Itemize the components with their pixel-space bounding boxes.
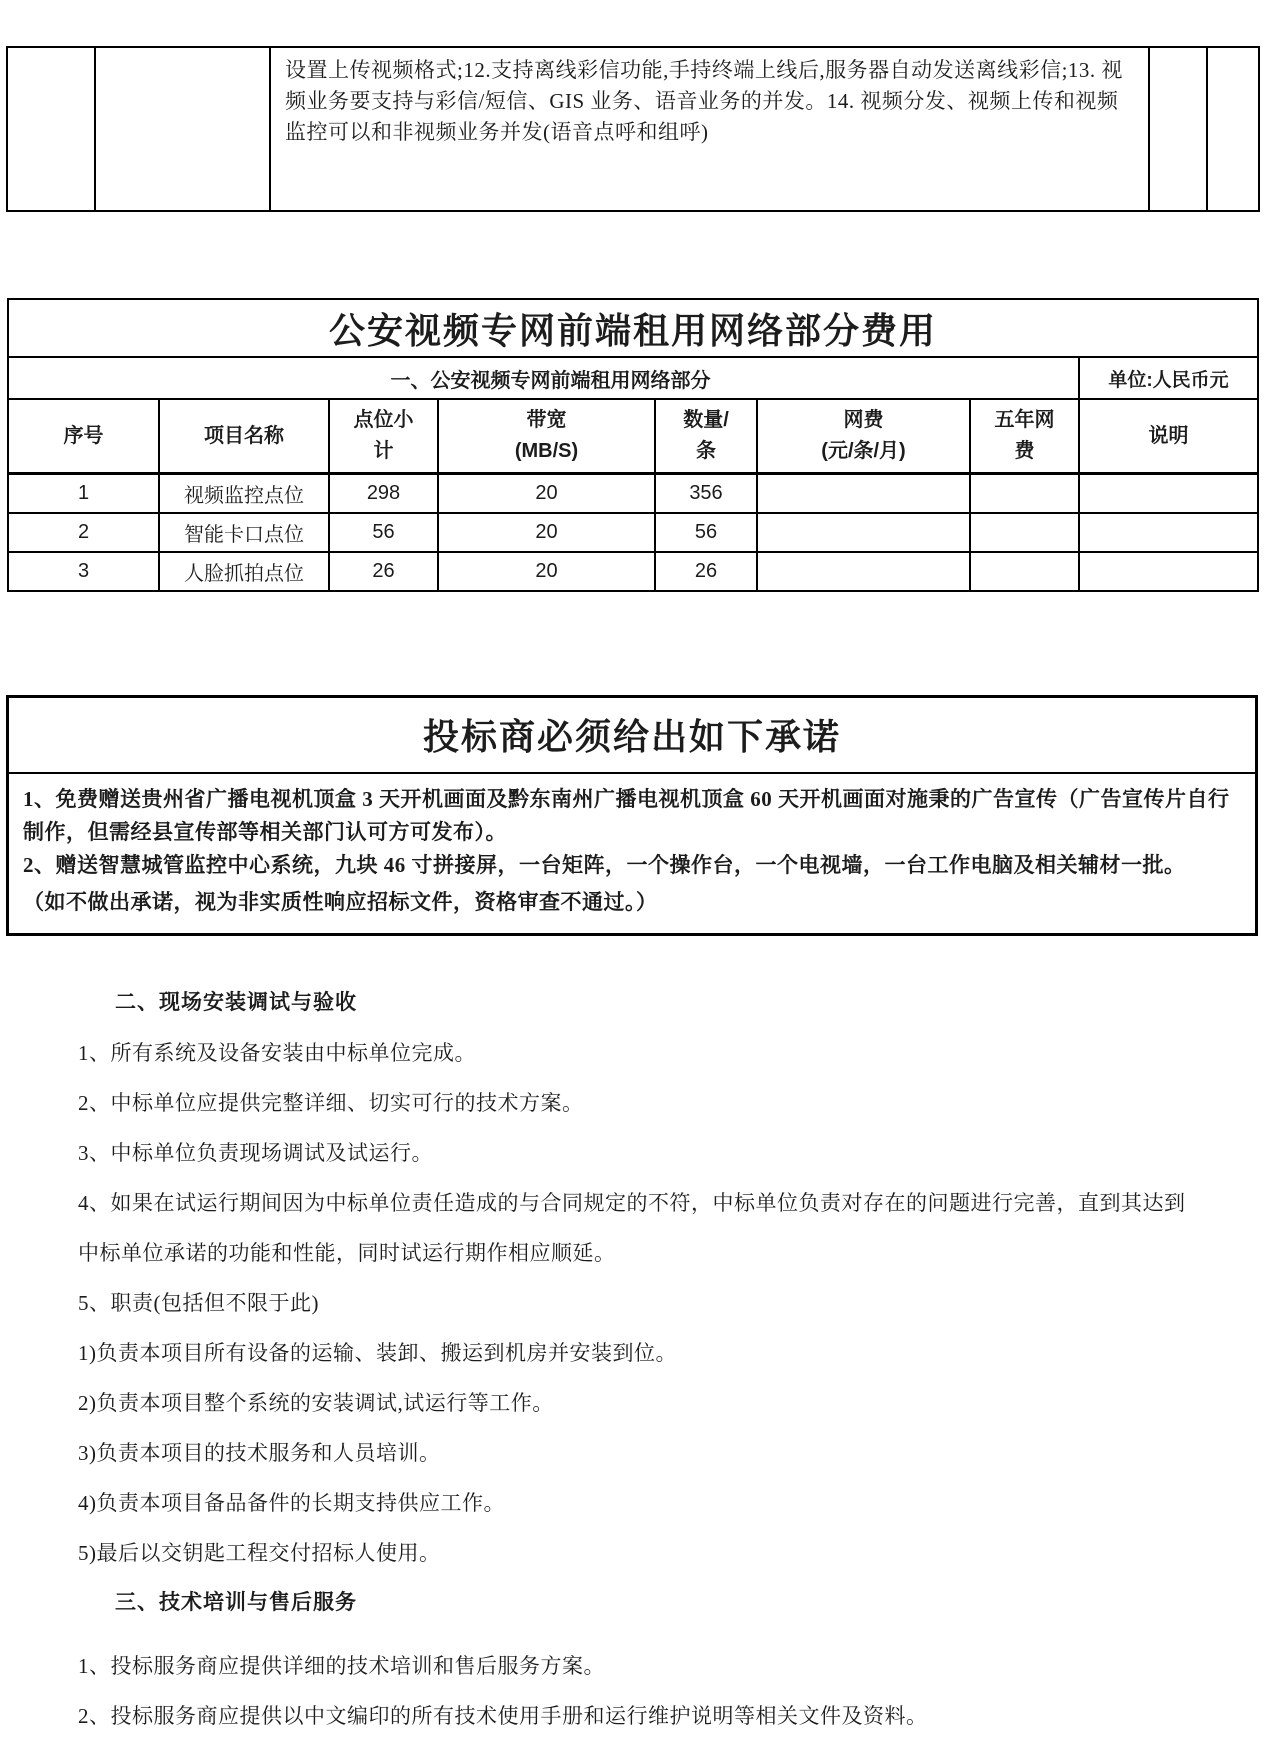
spec-empty-cell — [1149, 47, 1207, 211]
cell-five-year-fee — [970, 513, 1079, 552]
cell-seq: 1 — [8, 474, 159, 514]
spec-empty-cell — [1207, 47, 1259, 211]
cell-quantity: 356 — [655, 474, 757, 514]
col-header-five-year-fee: 五年网 费 — [970, 399, 1079, 474]
table-row: 1 视频监控点位 298 20 356 — [8, 474, 1258, 514]
cell-point-subtotal: 26 — [329, 552, 438, 591]
cell-bandwidth: 20 — [438, 474, 655, 514]
cell-item-name: 视频监控点位 — [159, 474, 329, 514]
commitment-note: （如不做出承诺，视为非实质性响应招标文件，资格审查不通过。） — [23, 886, 1243, 919]
cell-remark — [1079, 513, 1258, 552]
section-item: 1、投标服务商应提供详细的技术培训和售后服务方案。 — [78, 1641, 1200, 1691]
cell-quantity: 26 — [655, 552, 757, 591]
spec-empty-cell — [95, 47, 270, 211]
fee-table-title: 公安视频专网前端租用网络部分费用 — [8, 299, 1258, 357]
spec-requirements-text: 设置上传视频格式;12.支持离线彩信功能,手持终端上线后,服务器自动发送离线彩信… — [270, 47, 1149, 211]
cell-seq: 2 — [8, 513, 159, 552]
cell-point-subtotal: 298 — [329, 474, 438, 514]
cell-five-year-fee — [970, 552, 1079, 591]
table-header-row: 序号 项目名称 点位小 计 带宽 (MB/S) 数量/ 条 网费 (元/条/月)… — [8, 399, 1258, 474]
commitment-paragraph: 1、免费赠送贵州省广播电视机顶盒 3 天开机画面及黔东南州广播电视机顶盒 60 … — [23, 783, 1243, 849]
table-row: 设置上传视频格式;12.支持离线彩信功能,手持终端上线后,服务器自动发送离线彩信… — [7, 47, 1259, 211]
section-item: 3、中标单位负责现场调试及试运行。 — [78, 1128, 1200, 1178]
table-row: 3 人脸抓拍点位 26 20 26 — [8, 552, 1258, 591]
section-subitem: 2)负责本项目整个系统的安装调试,试运行等工作。 — [78, 1378, 1200, 1428]
col-header-quantity: 数量/ 条 — [655, 399, 757, 474]
cell-seq: 3 — [8, 552, 159, 591]
document-page: { "top_table": { "col1": "", "col2": "",… — [0, 0, 1280, 1749]
section-item: 2、中标单位应提供完整详细、切实可行的技术方案。 — [78, 1078, 1200, 1128]
col-header-bandwidth: 带宽 (MB/S) — [438, 399, 655, 474]
cell-bandwidth: 20 — [438, 552, 655, 591]
cell-net-fee — [757, 513, 970, 552]
commitment-paragraph: 2、赠送智慧城管监控中心系统，九块 46 寸拼接屏，一台矩阵，一个操作台，一个电… — [23, 849, 1243, 882]
cell-point-subtotal: 56 — [329, 513, 438, 552]
section-subitem: 5)最后以交钥匙工程交付招标人使用。 — [78, 1528, 1200, 1578]
section-subitem: 3)负责本项目的技术服务和人员培训。 — [78, 1428, 1200, 1478]
commitment-box: 投标商必须给出如下承诺 1、免费赠送贵州省广播电视机顶盒 3 天开机画面及黔东南… — [6, 695, 1258, 936]
col-header-item-name: 项目名称 — [159, 399, 329, 474]
section-item: 4、如果在试运行期间因为中标单位责任造成的与合同规定的不符，中标单位负责对存在的… — [78, 1178, 1200, 1278]
cell-remark — [1079, 552, 1258, 591]
table-row: 公安视频专网前端租用网络部分费用 — [8, 299, 1258, 357]
col-header-remark: 说明 — [1079, 399, 1258, 474]
table-row: 一、公安视频专网前端租用网络部分 单位:人民币元 — [8, 357, 1258, 399]
cell-item-name: 人脸抓拍点位 — [159, 552, 329, 591]
section-item: 5、职责(包括但不限于此) — [78, 1278, 1200, 1328]
spec-empty-cell — [7, 47, 95, 211]
section-heading-install-acceptance: 二、现场安装调试与验收 — [78, 978, 1200, 1028]
spec-continuation-table: 设置上传视频格式;12.支持离线彩信功能,手持终端上线后,服务器自动发送离线彩信… — [6, 46, 1260, 212]
commitment-title: 投标商必须给出如下承诺 — [9, 698, 1255, 774]
cell-bandwidth: 20 — [438, 513, 655, 552]
body-sections: 二、现场安装调试与验收 1、所有系统及设备安装由中标单位完成。 2、中标单位应提… — [78, 978, 1200, 1741]
cell-net-fee — [757, 552, 970, 591]
section-subitem: 4)负责本项目备品备件的长期支持供应工作。 — [78, 1478, 1200, 1528]
col-header-net-fee: 网费 (元/条/月) — [757, 399, 970, 474]
fee-unit-label: 单位:人民币元 — [1079, 357, 1258, 399]
col-header-seq: 序号 — [8, 399, 159, 474]
fee-table: 公安视频专网前端租用网络部分费用 一、公安视频专网前端租用网络部分 单位:人民币… — [7, 298, 1259, 592]
section-subitem: 1)负责本项目所有设备的运输、装卸、搬运到机房并安装到位。 — [78, 1328, 1200, 1378]
col-header-point-subtotal: 点位小 计 — [329, 399, 438, 474]
section-heading-training-service: 三、技术培训与售后服务 — [78, 1578, 1200, 1628]
section-item: 2、投标服务商应提供以中文编印的所有技术使用手册和运行维护说明等相关文件及资料。 — [78, 1691, 1200, 1741]
cell-item-name: 智能卡口点位 — [159, 513, 329, 552]
section-item: 1、所有系统及设备安装由中标单位完成。 — [78, 1028, 1200, 1078]
cell-quantity: 56 — [655, 513, 757, 552]
fee-table-subtitle: 一、公安视频专网前端租用网络部分 — [8, 357, 1079, 399]
cell-five-year-fee — [970, 474, 1079, 514]
cell-net-fee — [757, 474, 970, 514]
commitment-body: 1、免费赠送贵州省广播电视机顶盒 3 天开机画面及黔东南州广播电视机顶盒 60 … — [9, 774, 1255, 933]
table-row: 2 智能卡口点位 56 20 56 — [8, 513, 1258, 552]
cell-remark — [1079, 474, 1258, 514]
